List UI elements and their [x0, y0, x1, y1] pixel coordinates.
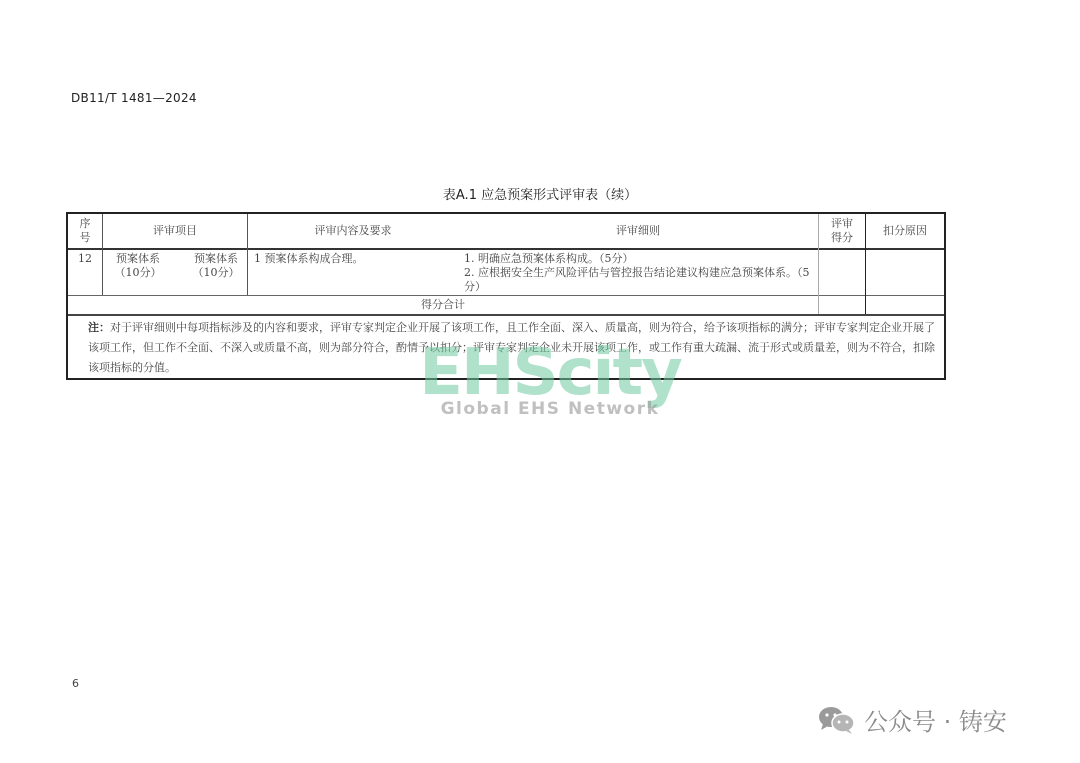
standard-code: DB11/T 1481—2024 — [71, 91, 197, 105]
detail-item-1: 1. 明确应急预案体系构成。（5分） — [450, 252, 816, 266]
note-text: 对于评审细则中每项指标涉及的内容和要求，评审专家判定企业开展了该项工作，且工作全… — [88, 321, 935, 374]
review-table: 序号 评审项目 评审内容及要求 评审细则 评审得分 扣分原因 12 预案体系（1… — [66, 212, 946, 380]
row-item-primary: 预案体系（10分） — [108, 252, 168, 280]
row-detail: 1. 明确应急预案体系构成。（5分） 2. 应根据安全生产风险评估与管控报告结论… — [450, 252, 816, 294]
wechat-icon — [818, 705, 856, 735]
watermark-sub: Global EHS Network — [400, 399, 700, 419]
header-item: 评审项目 — [103, 214, 247, 248]
wechat-account[interactable]: 公众号 · 铸安 — [818, 702, 1007, 737]
account-name: 公众号 · 铸安 — [864, 702, 1007, 737]
row-item-secondary: 预案体系（10分） — [186, 252, 246, 280]
row-score[interactable] — [819, 250, 865, 295]
header-score: 评审得分 — [819, 214, 865, 248]
row-seq: 12 — [68, 252, 102, 266]
detail-item-2: 2. 应根据安全生产风险评估与管控报告结论建议构建应急预案体系。（5分） — [450, 266, 816, 294]
header-divider — [68, 248, 944, 250]
header-seq: 序号 — [68, 214, 102, 248]
note-label: 注： — [88, 321, 110, 334]
page-number: 6 — [72, 677, 79, 690]
row-content: 1 预案体系构成合理。 — [254, 252, 454, 266]
row-deduction-reason[interactable] — [866, 250, 944, 295]
total-divider — [68, 314, 944, 316]
header-deduction-reason: 扣分原因 — [866, 214, 944, 248]
header-content: 评审内容及要求 — [248, 214, 458, 248]
table-note: 注：对于评审细则中每项指标涉及的内容和要求，评审专家判定企业开展了该项工作，且工… — [88, 318, 936, 378]
header-detail: 评审细则 — [458, 214, 818, 248]
total-label: 得分合计 — [68, 296, 818, 314]
table-title: 表A.1 应急预案形式评审表（续） — [0, 184, 1080, 203]
